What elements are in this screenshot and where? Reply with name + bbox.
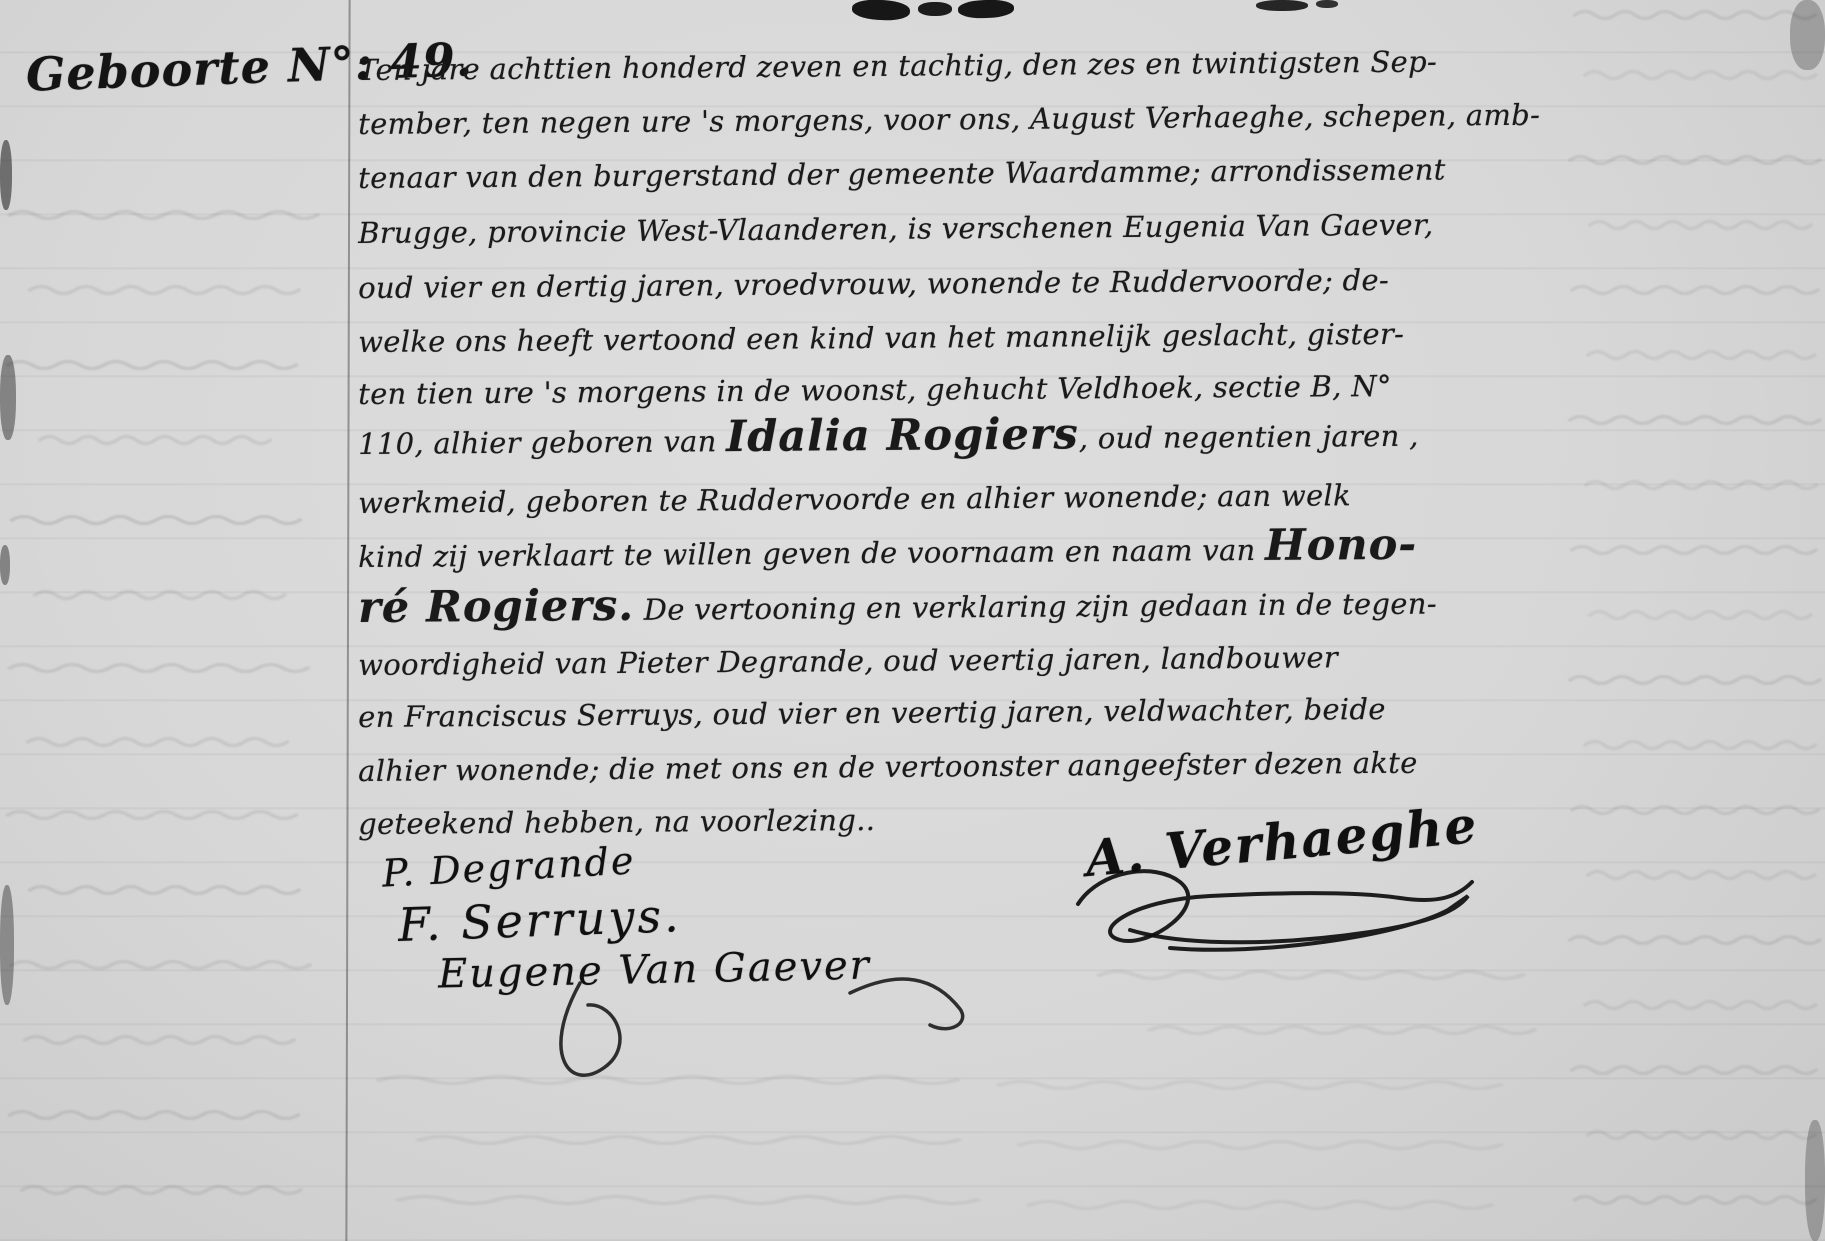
act-text-line: Brugge, provincie West-Vlaanderen, is ve… (358, 205, 1434, 253)
record-type-and-number: Geboorte N°: 49. (25, 36, 357, 101)
act-text-line: werkmeid, geboren te Ruddervoorde en alh… (358, 475, 1351, 523)
act-text-line: tenaar van den burgerstand der gemeente … (358, 149, 1446, 198)
scan-smudge (0, 545, 10, 585)
scan-smudge (852, 0, 911, 22)
act-text-line: woordigheid van Pieter Degrande, oud vee… (358, 637, 1338, 685)
scan-smudge (1790, 0, 1825, 70)
act-text-segment: 110, alhier geboren van (358, 424, 726, 461)
act-text-segment: werkmeid, geboren te Ruddervoorde en alh… (358, 478, 1351, 520)
act-text-line: Ten jare achttien honderd zeven en tacht… (358, 42, 1437, 90)
declarant-signature-flourish (430, 975, 990, 1115)
act-text-segment: Brugge, provincie West-Vlaanderen, is ve… (358, 208, 1434, 250)
act-text-segment: alhier wonende; die met ons en de vertoo… (358, 746, 1418, 788)
officer-signature-flourish (1060, 852, 1490, 962)
margin-rule-line (345, 0, 350, 1241)
act-text-segment: , oud negentien jaren , (1079, 419, 1419, 456)
act-text-line-child-name-end: ré Rogiers. De vertooning en verklaring … (358, 580, 1437, 632)
act-text-segment: geteekend hebben, na voorlezing.. (358, 803, 875, 841)
act-text-segment: De vertooning en verklaring zijn gedaan … (634, 587, 1437, 627)
act-text-line: en Franciscus Serruys, oud vier en veert… (358, 689, 1386, 737)
act-text-segment: Ten jare achttien honderd zeven en tacht… (358, 45, 1437, 87)
signature-witness-degrande: P. Degrande (381, 838, 636, 895)
act-text-segment: oud vier en dertig jaren, vroedvrouw, wo… (358, 263, 1389, 305)
scan-smudge (0, 355, 16, 440)
child-name-part2: ré Rogiers. (358, 581, 634, 633)
scan-smudge (0, 140, 12, 210)
act-text-line: welke ons heeft vertoond een kind van he… (358, 314, 1404, 362)
act-text-line-mother-name: 110, alhier geboren van Idalia Rogiers, … (358, 412, 1419, 464)
mother-name: Idalia Rogiers (726, 409, 1079, 462)
act-text-line-child-name-start: kind zij verklaart te willen geven de vo… (358, 525, 1417, 577)
act-text-line: geteekend hebben, na voorlezing.. (358, 800, 875, 844)
scan-smudge (0, 885, 14, 1005)
act-text-line: tember, ten negen ure 's morgens, voor o… (358, 95, 1540, 144)
act-text-line: alhier wonende; die met ons en de vertoo… (358, 743, 1418, 791)
scan-smudge (918, 2, 952, 16)
act-text-segment: woordigheid van Pieter Degrande, oud vee… (358, 640, 1338, 682)
act-text-line: ten tien ure 's morgens in de woonst, ge… (358, 366, 1392, 414)
signature-witness-serruys: F. Serruys. (397, 888, 682, 952)
scanned-birth-record-page: Geboorte N°: 49. Ten jare achttien honde… (0, 0, 1825, 1241)
act-text-line: oud vier en dertig jaren, vroedvrouw, wo… (358, 260, 1389, 308)
act-text-segment: ten tien ure 's morgens in de woonst, ge… (358, 369, 1392, 411)
child-name-part1: Hono- (1265, 520, 1417, 571)
act-text-segment: kind zij verklaart te willen geven de vo… (358, 533, 1265, 574)
scan-smudge (1256, 0, 1308, 11)
act-text-segment: welke ons heeft vertoond een kind van he… (358, 317, 1404, 359)
scan-smudge (1805, 1120, 1825, 1241)
scan-smudge (958, 0, 1015, 19)
act-text-segment: tember, ten negen ure 's morgens, voor o… (358, 98, 1540, 141)
act-text-segment: en Franciscus Serruys, oud vier en veert… (358, 692, 1386, 734)
act-text-segment: tenaar van den burgerstand der gemeente … (358, 152, 1446, 195)
scan-smudge (1316, 0, 1338, 8)
